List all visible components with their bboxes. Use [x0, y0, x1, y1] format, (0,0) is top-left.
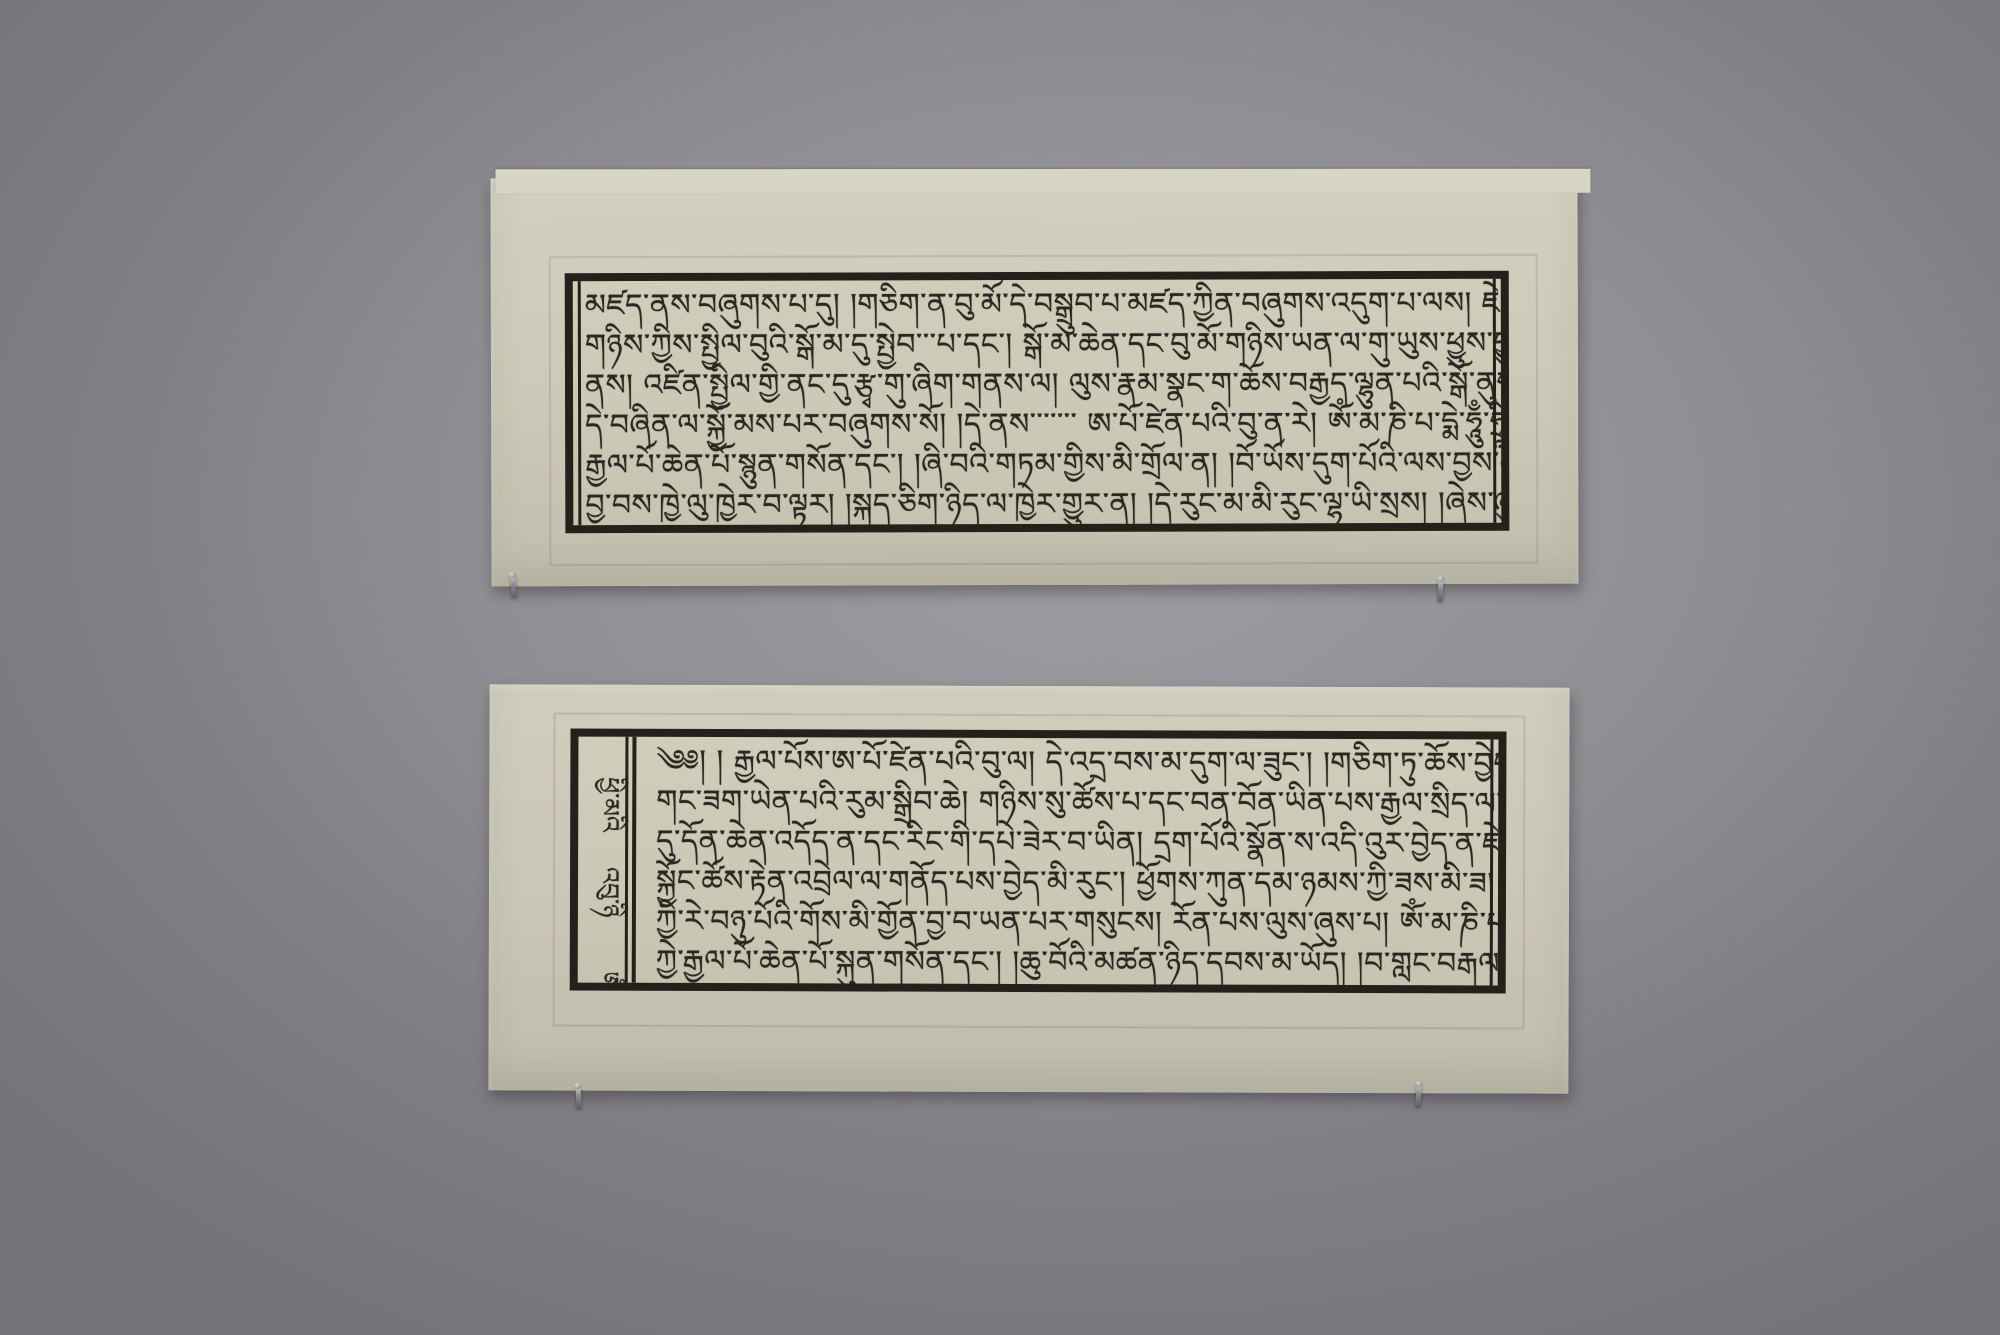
bottom-folio-text-frame: ཕྱི་མའི འབུ་ཉི ཨཾ་ ༄༅། ། རྒྱལ་པོས་ཨ་པོ་ཛ…	[570, 729, 1507, 994]
top-folio-leaf: མཛད་ནས་བཞུགས་པ་དུ། །གཅིག་ན་བུ་མོ་དེ་བསྒྲ…	[490, 176, 1578, 587]
top-folio-text-block: མཛད་ནས་བཞུགས་པ་དུ། །གཅིག་ན་བུ་མོ་དེ་བསྒྲ…	[573, 279, 1502, 525]
text-line: གཉིས་ཀྱིས་སྤྱིལ་བུའི་སྒོ་མ་དུ་སྤྱེབ་༌༌པ་…	[585, 324, 1491, 366]
mounting-pin	[575, 1086, 581, 1108]
text-line: ༄༅། ། རྒྱལ་པོས་ཨ་པོ་ཛེན་པའི་བུ་ལ། དེ་འདྲ…	[656, 742, 1488, 785]
text-line: ཀྱི་རེ་བཉུ་པོའི་གོས་མི་གྱོན་བྱ་བ་ཡན་པར་ག…	[656, 902, 1488, 945]
text-line: མཛད་ནས་བཞུགས་པ་དུ། །གཅིག་ན་བུ་མོ་དེ་བསྒྲ…	[585, 284, 1491, 326]
text-line: སྐྱོང་ཚོས་རྟེན་འབྲེལ་ལ་གནོད་པས་བྱེད་མི་ར…	[656, 862, 1488, 905]
text-line: རྒྱལ་པོ་ཆེན་པོ་སྙུན་གསོན་དང་། །ཞི་བའི་གཏ…	[585, 444, 1491, 486]
text-line: དུ་དོན་ཆེན་འདོད་ན་དང་རིང་གི་དཔེ་ཟེར་བ་ཡི…	[656, 822, 1488, 865]
text-line: བྱ་བས་ཁྱེ་ལུ་ཁྱེར་བ་ལྟར། །སྐད་ཅིག་ཉིད་ལ་…	[585, 484, 1491, 526]
text-line: ནས། འཛིན་སྤྱིལ་གྱི་ནང་དུ་རྩྭ་གུ་ཞིག་གནས་…	[585, 364, 1491, 406]
mounting-pin	[1415, 1084, 1421, 1106]
mounting-pin	[1438, 579, 1444, 601]
margin-title-label: ཨཾ་	[570, 961, 639, 993]
margin-title-label: འབུ་ཉི	[570, 867, 639, 913]
folio-margin-column: ཕྱི་མའི འབུ་ཉི ཨཾ་	[578, 737, 637, 983]
text-line: ཀྱེ་རྒྱལ་པོ་ཆེན་པོ་སྐུན་གསོན་དང་། །ཆུ་བོ…	[656, 942, 1488, 985]
text-line: དེ་བཞིན་ལ་སྐྱོ་མས་པར་བཞུགས་སོ། །དེ་ནས་༌༌…	[585, 404, 1491, 446]
bottom-folio-text-block: ༄༅། ། རྒྱལ་པོས་ཨ་པོ་ཛེན་པའི་བུ་ལ། དེ་འདྲ…	[644, 737, 1499, 986]
text-line: གང་ཟག་ཡེན་པའི་རུམ་སྒྲིབ་ཆེ། གཉིས་སུ་ཚོས་…	[656, 782, 1488, 825]
top-folio-text-frame: མཛད་ནས་བཞུགས་པ་དུ། །གཅིག་ན་བུ་མོ་དེ་བསྒྲ…	[565, 271, 1510, 533]
bottom-folio-leaf: ཕྱི་མའི འབུ་ཉི ཨཾ་ ༄༅། ། རྒྱལ་པོས་ཨ་པོ་ཛ…	[488, 684, 1569, 1093]
margin-title-label: ཕྱི་མའི	[570, 777, 639, 823]
photo-backdrop: { "colors": { "backdrop_center": "#9e9da…	[0, 0, 2000, 1335]
